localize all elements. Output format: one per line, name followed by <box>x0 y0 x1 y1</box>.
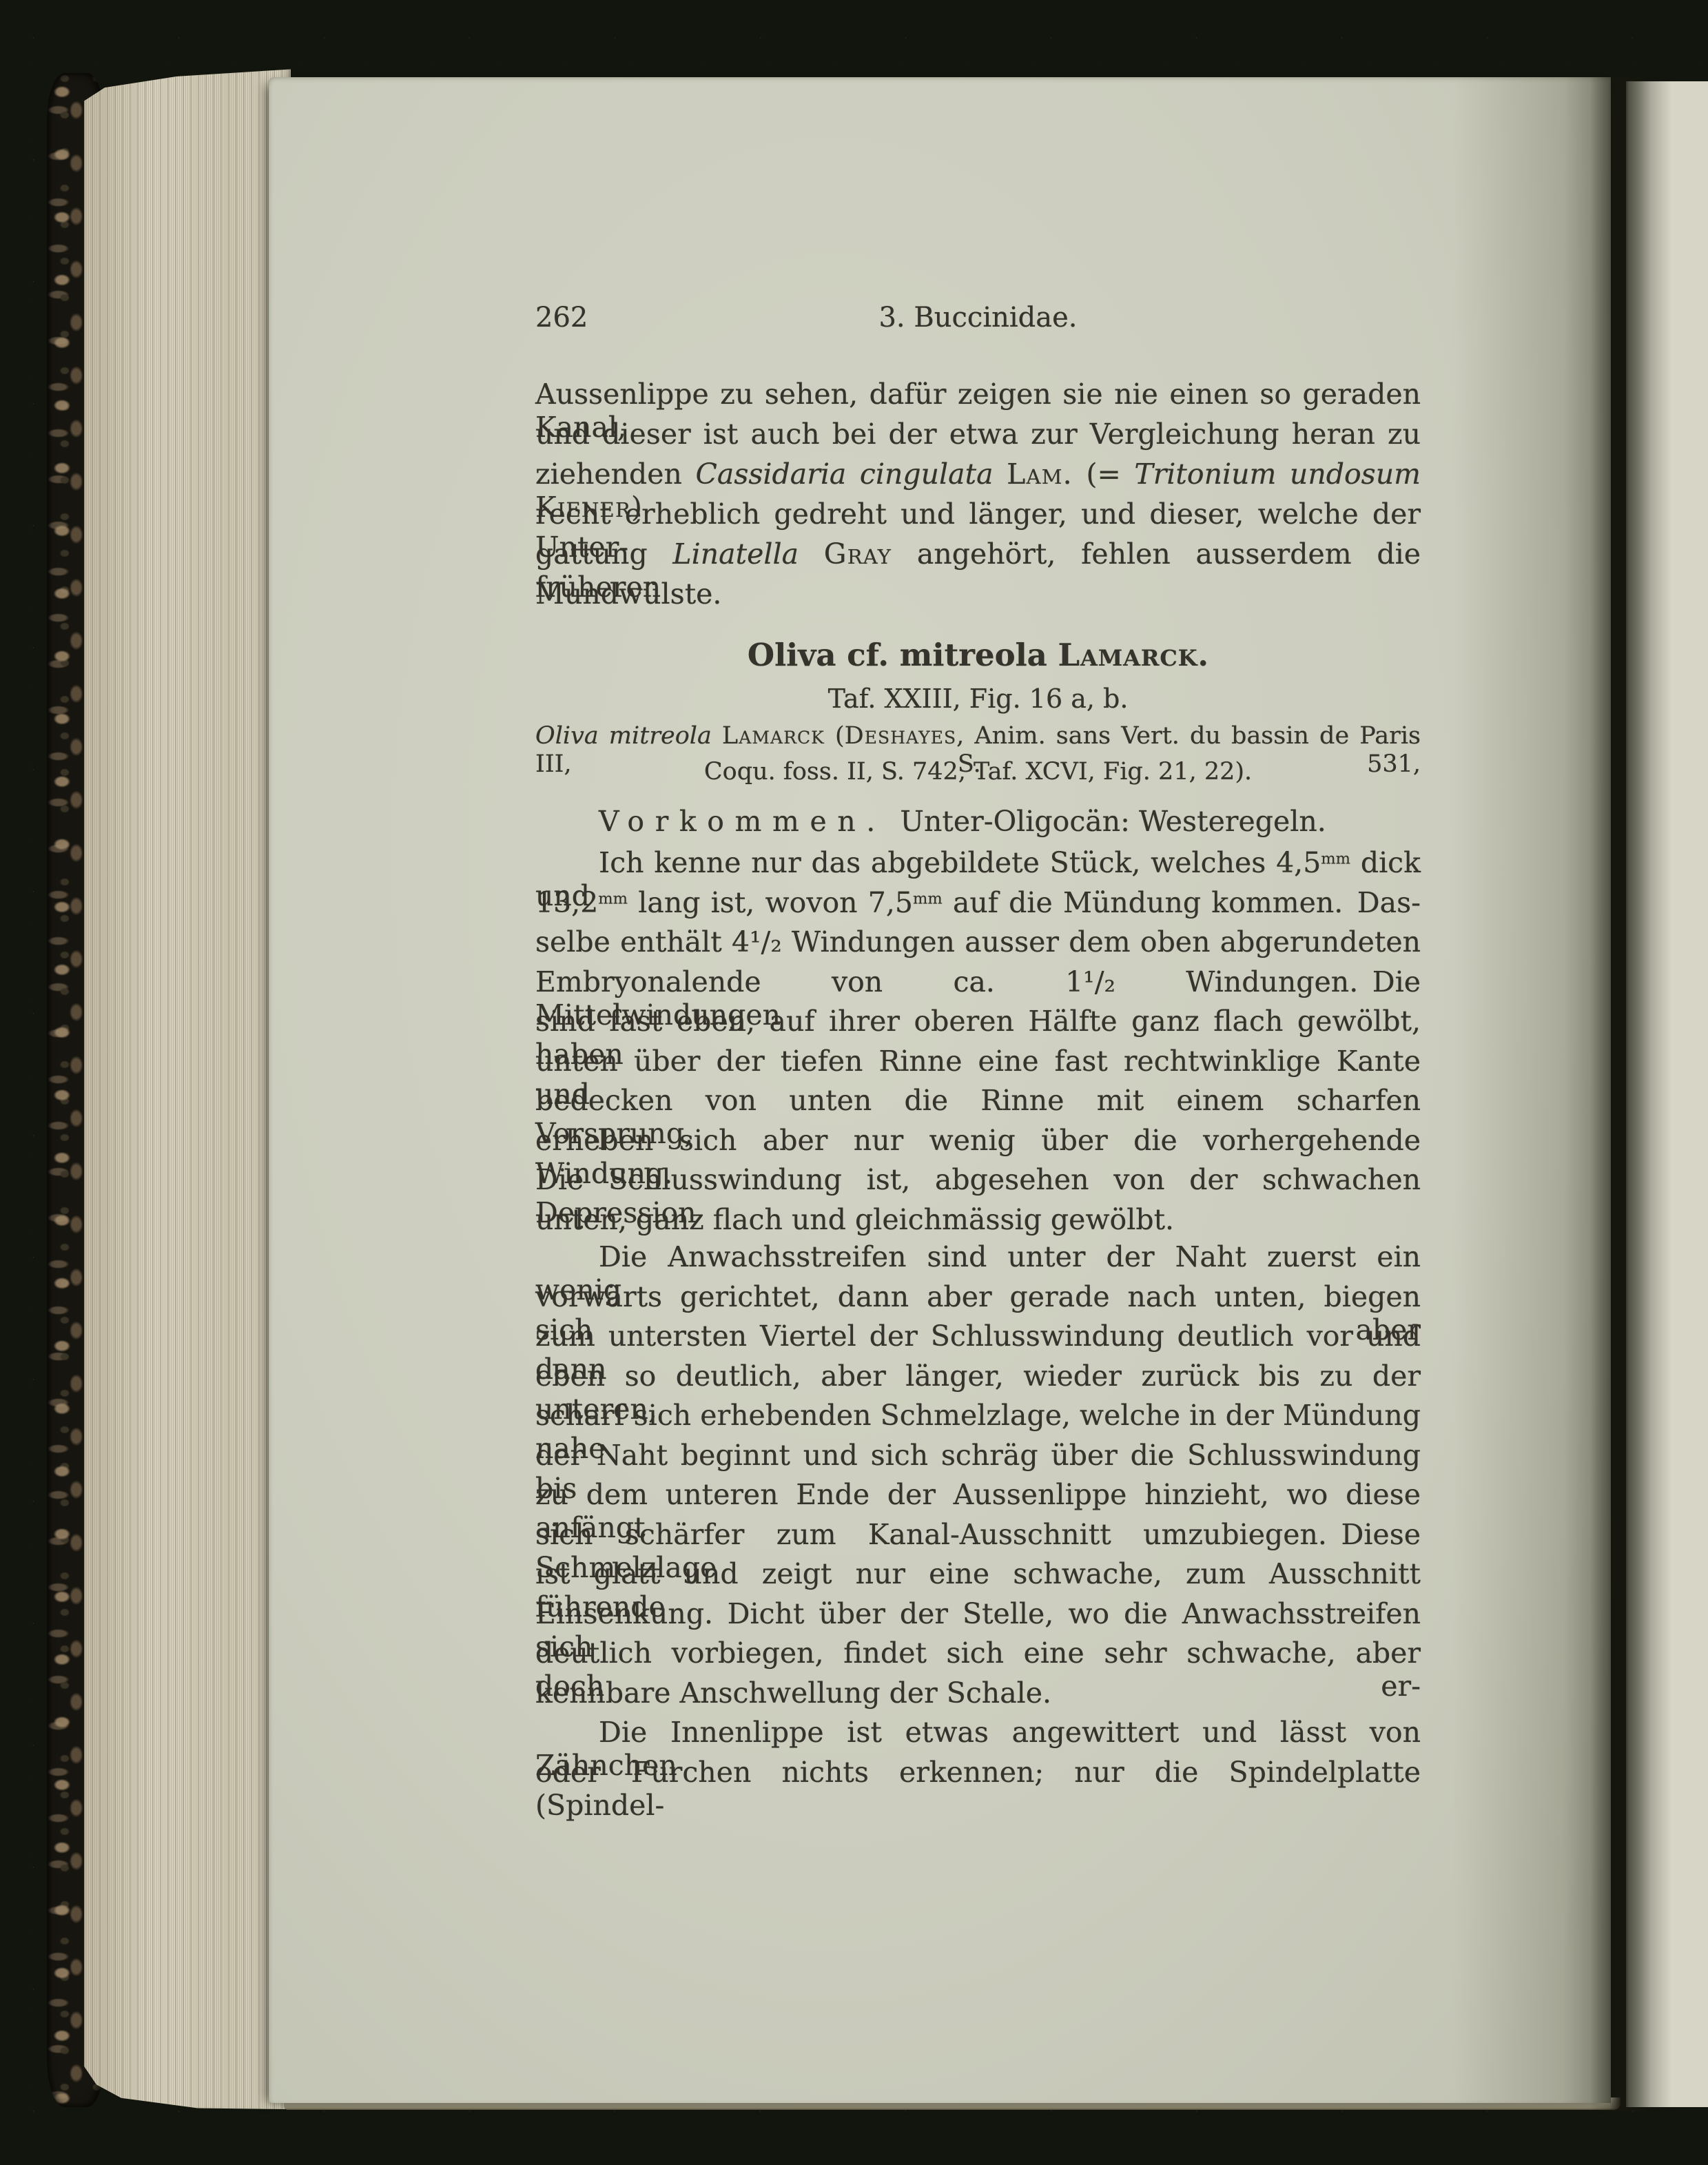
text-segment: Deshayes <box>845 722 957 750</box>
text-segment: mm <box>598 890 628 907</box>
text-segment: mm <box>1321 850 1350 868</box>
plate-reference: Taf. XXIII, Fig. 16 a, b. <box>535 684 1421 715</box>
text-segment: selbe enthält 4¹/₂ Windungen ausser dem … <box>535 925 1421 958</box>
paragraph-4-line: oder Furchen nichts erkennen; nur die Sp… <box>535 1756 1421 1823</box>
text-segment: unten, ganz flach und gleichmässig gewöl… <box>535 1203 1174 1236</box>
text-segment: und dieser ist auch bei der etwa zur Ver… <box>535 418 1421 451</box>
book-page: 262 3. Buccinidae. Aussenlippe zu sehen,… <box>269 77 1611 2103</box>
occurrence-line: Vorkommen. Unter-Oligocän: Westeregeln. <box>535 805 1421 838</box>
text-segment: Coqu. foss. II, S. 742, Taf. XCVI, Fig. … <box>704 758 1252 786</box>
text-segment <box>799 537 824 571</box>
text-segment: kennbare Anschwellung der Schale. <box>535 1676 1051 1710</box>
text-segment: Tritonium undosum <box>1134 458 1421 491</box>
paragraph-1-line: und dieser ist auch bei der etwa zur Ver… <box>535 418 1421 451</box>
text-segment: oder Furchen nichts erkennen; nur die Sp… <box>535 1756 1430 1822</box>
paragraph-3-line: kennbare Anschwellung der Schale. <box>535 1676 1421 1710</box>
text-block: Aussenlippe zu sehen, dafür zeigen sie n… <box>269 77 1611 2103</box>
text-segment: ziehenden <box>535 458 696 491</box>
text-segment: Vorkommen. <box>599 805 886 838</box>
text-segment: Ich kenne nur das abgebildete Stück, wel… <box>599 846 1321 879</box>
text-segment: Oliva mitreola <box>535 722 722 750</box>
text-segment: Gray <box>824 537 892 571</box>
text-segment: mm <box>913 890 943 907</box>
book-photo-scene: 262 3. Buccinidae. Aussenlippe zu sehen,… <box>0 0 1708 2165</box>
text-segment: Lamarck <box>1058 637 1198 673</box>
text-segment: Oliva cf. mitreola <box>748 637 1058 673</box>
paragraph-1-line: Mundwülste. <box>535 577 1421 610</box>
text-segment: auf die Mündung kommen. Das- <box>943 886 1421 919</box>
facing-page-edge <box>1626 81 1708 2107</box>
text-segment: Unter-Oligocän: Westeregeln. <box>886 805 1326 838</box>
text-segment: Linatella <box>672 537 799 571</box>
text-segment: gattung <box>535 537 672 571</box>
text-segment: . <box>1197 637 1208 673</box>
text-segment: 13,2 <box>535 886 598 919</box>
species-heading: Oliva cf. mitreola Lamarck. <box>535 637 1421 673</box>
text-segment: Mundwülste. <box>535 577 721 610</box>
paragraph-2-line: unten, ganz flach und gleichmässig gewöl… <box>535 1203 1421 1236</box>
paragraph-2-line: 13,2mm lang ist, wovon 7,5mm auf die Mün… <box>535 886 1421 919</box>
text-segment: Taf. XXIII, Fig. 16 a, b. <box>828 684 1129 714</box>
text-segment: (= <box>1073 458 1134 491</box>
text-segment <box>1421 458 1430 491</box>
text-segment <box>994 458 1007 491</box>
text-segment: ( <box>825 722 845 750</box>
text-segment: lang ist, wovon 7,5 <box>628 886 913 919</box>
text-segment: Lam. <box>1007 458 1073 491</box>
paragraph-2-line: selbe enthält 4¹/₂ Windungen ausser dem … <box>535 925 1421 958</box>
text-segment: Lamarck <box>722 722 825 750</box>
synonymy-line: Coqu. foss. II, S. 742, Taf. XCVI, Fig. … <box>535 758 1421 786</box>
text-segment: Cassidaria cingulata <box>696 458 994 491</box>
page-edge-stack <box>84 66 291 2111</box>
